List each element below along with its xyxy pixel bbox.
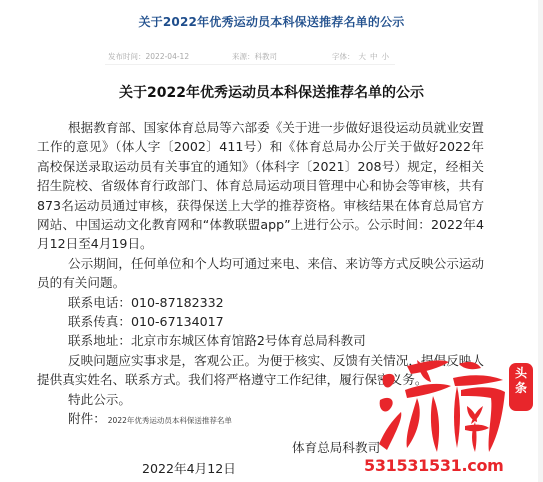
document-title: 关于2022年优秀运动员本科保送推荐名单的公示 [0, 82, 543, 102]
paragraph-basis: 根据教育部、国家体育总局等六部委《关于进一步做好退役运动员就业安置工作的意见》（… [37, 118, 484, 254]
meta-divider [105, 64, 395, 65]
badge-char-top: 头 [515, 366, 527, 380]
source: 来源：科教司 [232, 51, 277, 62]
font-size-label: 字体： [332, 52, 355, 61]
jinan-brush-logo-icon [377, 356, 512, 456]
toutiao-badge-icon: 头条 [509, 363, 533, 411]
meta-row: 发布时间：2022-04-12 来源：科教司 字体：大中小 [0, 51, 543, 63]
publish-time: 发布时间：2022-04-12 [108, 51, 189, 62]
header-title: 关于2022年优秀运动员本科保送推荐名单的公示 [0, 13, 543, 30]
signature-date: 2022年4月12日 [142, 458, 236, 477]
font-size-large[interactable]: 大 [359, 52, 367, 61]
contact-phone: 联系电话：010-87182332 [37, 293, 484, 312]
font-size-medium[interactable]: 中 [370, 52, 378, 61]
watermark-url: 531531531.com [364, 456, 504, 475]
contact-fax: 联系传真：010-67134017 [37, 312, 484, 331]
scrollbar-track[interactable] [538, 0, 543, 482]
badge-char-bottom: 条 [515, 381, 527, 395]
paragraph-objection-period: 公示期间，任何单位和个人均可通过来电、来信、来访等方式反映公示运动员的有关问题。 [37, 254, 484, 293]
attachment-label: 附件： [68, 411, 106, 426]
font-size-selector: 字体：大中小 [332, 51, 389, 62]
signature-org: 体育总局科教司 [292, 437, 380, 456]
font-size-small[interactable]: 小 [382, 52, 390, 61]
contact-address: 联系地址：北京市东城区体育馆路2号体育总局科教司 [37, 331, 484, 350]
attachment-link[interactable]: 2022年优秀运动员本科保送推荐名单 [108, 416, 232, 425]
